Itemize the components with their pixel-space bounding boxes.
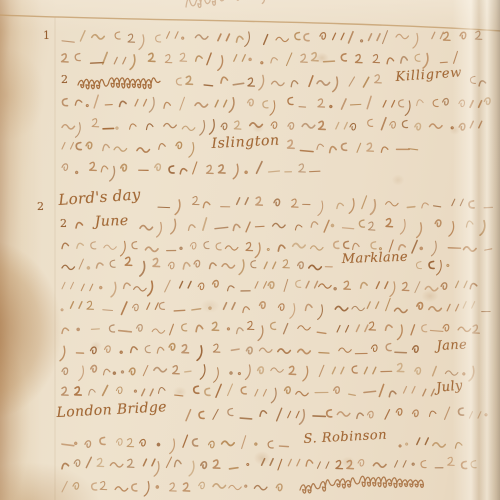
longhand-words-layer: 122KilligrewIslingtonLord's day2JuneMark… — [0, 0, 500, 500]
word-s-robinson: S. Robinson — [303, 428, 387, 447]
word-june: June — [94, 213, 128, 230]
word-killigrew: Killigrew — [395, 65, 463, 85]
word-london-bridge: London Bridge — [56, 399, 167, 421]
word-marklane: Marklane — [341, 250, 408, 267]
word-jane: Jane — [436, 337, 467, 354]
word-figure-2-a: 2 — [61, 73, 68, 86]
word-figure-2-b: 2 — [60, 217, 67, 230]
word-islington: Islington — [211, 132, 280, 152]
manuscript-page: 122KilligrewIslingtonLord's day2JuneMark… — [0, 0, 500, 500]
word-july: July — [435, 378, 463, 396]
entry-number-2: 2 — [37, 200, 44, 213]
word-lords-day: Lord's day — [58, 185, 141, 209]
entry-number-1: 1 — [43, 29, 50, 42]
